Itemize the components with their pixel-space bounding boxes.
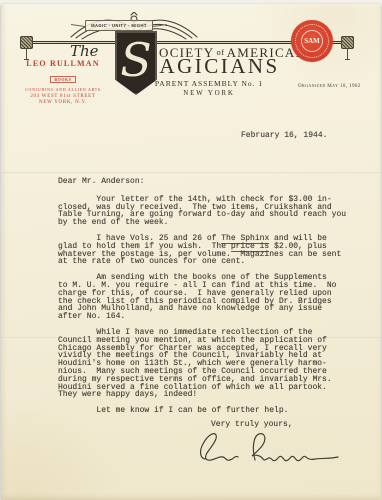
typed-body: Dear Mr. Anderson: Your letter of the 14…	[58, 178, 363, 415]
org-city: NEW YORK	[129, 89, 289, 97]
seal-monogram: SAM	[291, 20, 333, 62]
letter-date: February 16, 1944.	[241, 131, 327, 140]
society-seal-icon: SAM	[291, 20, 333, 62]
wand-right-ornament	[347, 48, 348, 59]
org-the: The	[70, 42, 99, 60]
fold-crease-top	[1, 172, 381, 174]
letter-paper: MAGIC - UNITY - MIGHT	[1, 4, 381, 500]
sender-address1: 203 WEST 81st STREET	[13, 94, 113, 99]
sender-name: LEO RULLMAN	[13, 59, 113, 68]
sender-address2: NEW YORK, N.Y.	[13, 100, 113, 105]
sender-block: LEO RULLMAN BOOKS CONJURING AND ALLIED A…	[13, 59, 113, 105]
sender-tagline1: BOOKS	[50, 76, 75, 83]
scanned-letter: MAGIC - UNITY - MIGHT	[0, 0, 382, 500]
sender-tagline2: CONJURING AND ALLIED ARTS	[13, 87, 113, 92]
wand-left-ornament	[26, 48, 27, 59]
signature-leo-rullman	[195, 425, 341, 473]
emblem-letter-s: S	[120, 33, 152, 87]
organized-date: Organized May 10, 1902	[298, 83, 376, 89]
motto-ribbon: MAGIC - UNITY - MIGHT	[85, 20, 153, 31]
